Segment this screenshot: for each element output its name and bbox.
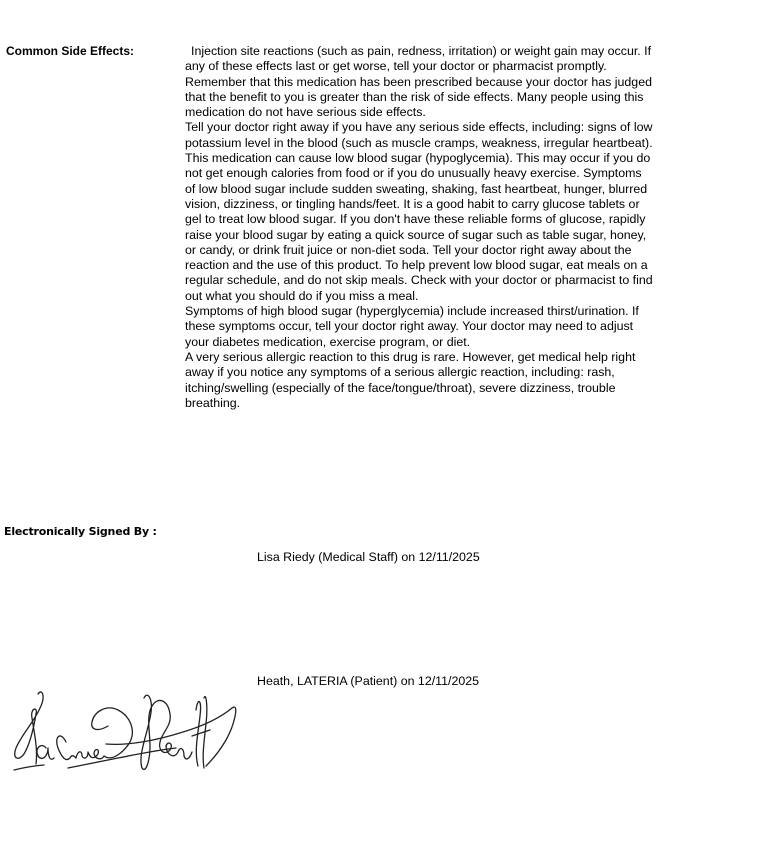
side-effects-label: Common Side Effects:: [6, 44, 134, 58]
side-effects-paragraph: This medication can cause low blood suga…: [185, 151, 655, 304]
side-effects-paragraph: A very serious allergic reaction to this…: [185, 350, 655, 411]
side-effects-paragraph: Tell your doctor right away if you have …: [185, 120, 655, 151]
side-effects-paragraph: Injection site reactions (such as pain, …: [185, 44, 655, 75]
signed-by-label: Electronically Signed By :: [4, 525, 157, 538]
side-effects-paragraph: Symptoms of high blood sugar (hyperglyce…: [185, 304, 655, 350]
staff-signature-line: Lisa Riedy (Medical Staff) on 12/11/2025: [257, 550, 480, 564]
patient-signature-line: Heath, LATERIA (Patient) on 12/11/2025: [257, 674, 479, 688]
side-effects-paragraph: Remember that this medication has been p…: [185, 75, 655, 121]
side-effects-text: Injection site reactions (such as pain, …: [185, 44, 655, 411]
handwritten-signature-icon: [8, 686, 238, 778]
